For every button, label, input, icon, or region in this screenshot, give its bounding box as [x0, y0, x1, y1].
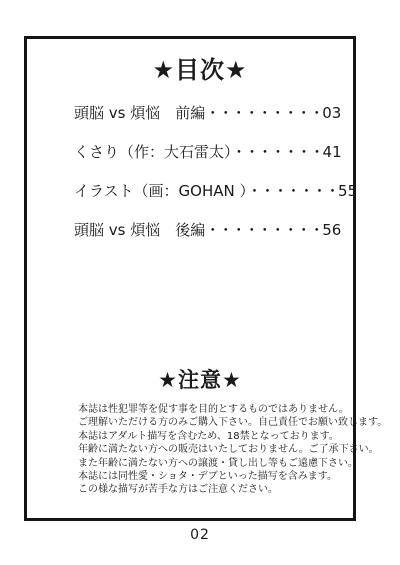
notice-line: 年齢に満たない方への販売はいたしておりません。ご了承下さい。: [78, 443, 370, 456]
notice-line: また年齢に満たない方への譲渡・貸し出し等もご遠慮下さい。: [78, 457, 370, 470]
toc-entry-page: 56: [322, 221, 341, 239]
notice-text: 本誌は性犯罪等を促す事を目的とするものではありません。 ご理解いただける方のみご…: [78, 403, 370, 497]
toc-entry-title: イラスト（画：GOHAN ）: [74, 182, 247, 200]
toc-entry-dot-leader: ・・・・・・・: [232, 143, 323, 161]
toc-title: ★目次★: [0, 56, 400, 84]
toc-entry-title: 頭脳 vs 煩悩 前編: [74, 104, 205, 122]
toc-entry: 頭脳 vs 煩悩 後編・・・・・・・・・56: [74, 222, 364, 238]
toc-entry: イラスト（画：GOHAN ）・・・・・・・55: [74, 183, 364, 199]
page-number: 02: [0, 527, 400, 543]
toc-entry: 頭脳 vs 煩悩 前編・・・・・・・・・03: [74, 105, 364, 121]
toc-list: 頭脳 vs 煩悩 前編・・・・・・・・・03 くさり（作：大石雷太）・・・・・・…: [74, 105, 364, 261]
notice-line: 本誌は性犯罪等を促す事を目的とするものではありません。: [78, 403, 370, 416]
toc-entry-page: 41: [323, 143, 342, 161]
toc-entry: くさり（作：大石雷太）・・・・・・・41: [74, 144, 364, 160]
toc-entry-title: くさり（作：大石雷太）: [74, 143, 232, 161]
toc-entry-dot-leader: ・・・・・・・・・: [205, 104, 322, 122]
notice-line: 本誌には同性愛・ショタ・デブといった描写を含みます。: [78, 470, 370, 483]
toc-entry-dot-leader: ・・・・・・・: [247, 182, 338, 200]
notice-line: ご理解いただける方のみご購入下さい。自己責任でお願い致します。: [78, 416, 370, 429]
notice-title: ★注意★: [0, 368, 400, 392]
toc-entry-title: 頭脳 vs 煩悩 後編: [74, 221, 205, 239]
toc-entry-page: 55: [338, 182, 357, 200]
toc-entry-page: 03: [322, 104, 341, 122]
scanned-page: ★目次★ 頭脳 vs 煩悩 前編・・・・・・・・・03 くさり（作：大石雷太）・…: [0, 0, 400, 565]
notice-line: 本誌はアダルト描写を含むため、18禁となっております。: [78, 430, 370, 443]
toc-entry-dot-leader: ・・・・・・・・・: [205, 221, 322, 239]
notice-line: この様な描写が苦手な方はご注意ください。: [78, 483, 370, 496]
